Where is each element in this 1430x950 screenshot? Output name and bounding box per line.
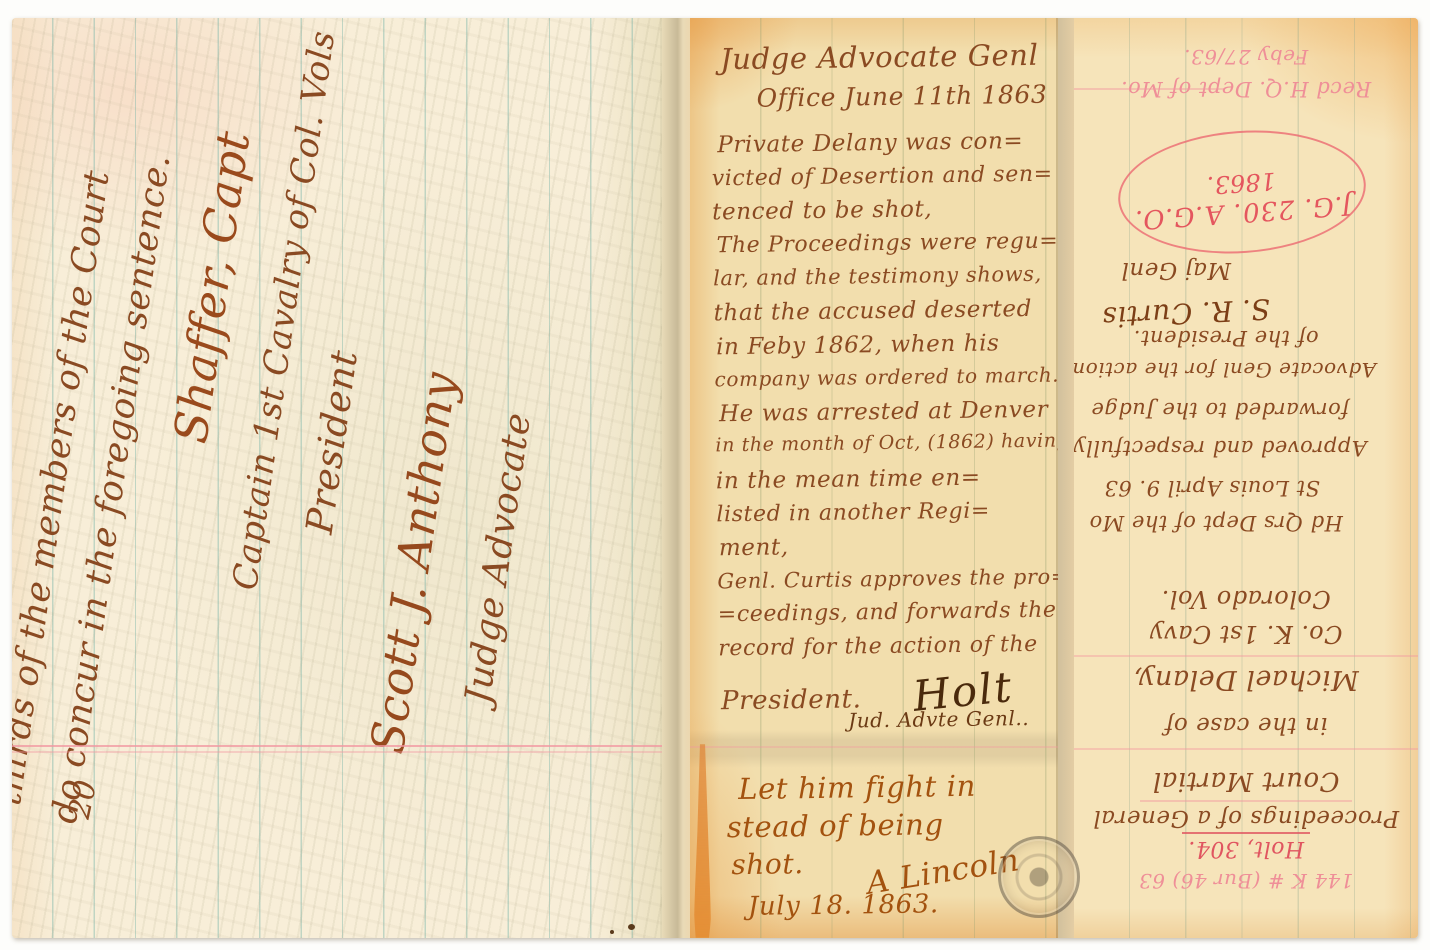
national-archives-stamp-icon [998,836,1080,918]
body-line: tenced to be shot, [712,195,1046,233]
document-scan: thirds of the members of the Court do co… [0,0,1430,950]
body-line: The Proceedings were regu= [712,228,1046,266]
concurrence-text-rotated: thirds of the members of the Court do co… [12,18,617,885]
body-line: President. [719,684,862,716]
received-line: Feby 27/63. [1074,45,1418,69]
lincoln-line: Let him fight in [720,767,1054,810]
docket-line: Michael Delany, [1074,664,1418,695]
heading-office: Judge Advocate Genl [710,38,1045,85]
endorsement-line: St Louis April 9. 63 [1074,476,1418,500]
pink-ruled-line [12,751,662,753]
endorsement-line: Advocate Genl for the action [1074,358,1418,382]
pink-ruled-line [690,746,1058,748]
body-line: victed of Desertion and sen= [712,161,1046,199]
holt-signature: Holt [910,661,1015,720]
ink-speck [610,930,614,934]
fold-crease [660,18,692,938]
body-line: Genl. Curtis approves the pro= [717,564,1051,602]
body-line: He was arrested at Denver [715,396,1049,434]
red-underline [1182,832,1310,834]
endorsement-line: Hd Qrs Dept of the Mo [1074,511,1418,535]
docket-line: in the case of [1074,712,1418,738]
pink-ruled-line [1074,748,1418,750]
pink-ruled-line [1074,88,1224,90]
right-panel: 144 K # (Bur 46) 63 Holt, 304. Proceedin… [1074,18,1418,938]
left-panel: thirds of the members of the Court do co… [12,18,662,938]
body-line: that the accused deserted [713,296,1047,334]
body-line: company was ordered to march. [714,363,1048,401]
body-line: in Feby 1862, when his [714,329,1048,367]
pink-ruled-line [1074,655,1418,657]
endorsement-line: Approved and respectfully [1074,436,1418,460]
endorsement-line: forwarded to the Judge [1074,398,1418,422]
docket-text-inverted: 144 K # (Bur 46) 63 Holt, 304. Proceedin… [1074,18,1418,938]
body-line: lar, and the testimony shows, [713,262,1047,300]
file-number-oval: J.G. 230. A.G.O. 1863. [1114,122,1370,261]
pink-underline [1140,800,1352,802]
body-line: =ceedings, and forwards the [718,598,1052,636]
spacer [720,731,1054,772]
endorsement-line: Maj Genl [1074,257,1418,283]
fold-crease [1056,18,1076,938]
shelf-mark: 144 K # (Bur 46) 63 [1074,869,1418,893]
body-line: in the month of Oct, (1862) having [715,430,1049,468]
docket-line: Proceedings of a General [1074,805,1418,831]
heading-date: Office June 11th 1863 [710,80,1044,119]
pink-ruled-line [12,745,662,747]
middle-panel: Judge Advocate Genl Office June 11th 186… [690,18,1058,938]
docket-line: Court Martial [1074,766,1418,796]
docket-line: Co. K. 1st Cavy [1074,620,1418,648]
body-line: in the mean time en= [716,464,1050,502]
body-line: listed in another Regi= [716,497,1050,535]
body-line: ment, [717,531,1051,569]
docket-line: Colorado Vol. [1074,585,1418,613]
body-line: Private Delany was con= [711,128,1045,166]
lincoln-line: stead of being [721,805,1055,848]
file-reference: Holt, 304. [1074,836,1418,861]
jag-summary-text: Judge Advocate Genl Office June 11th 186… [710,38,1056,928]
endorsement-row: President. Holt [719,665,1054,710]
folded-letter-sheet: thirds of the members of the Court do co… [12,18,1418,938]
ink-speck [628,924,635,930]
